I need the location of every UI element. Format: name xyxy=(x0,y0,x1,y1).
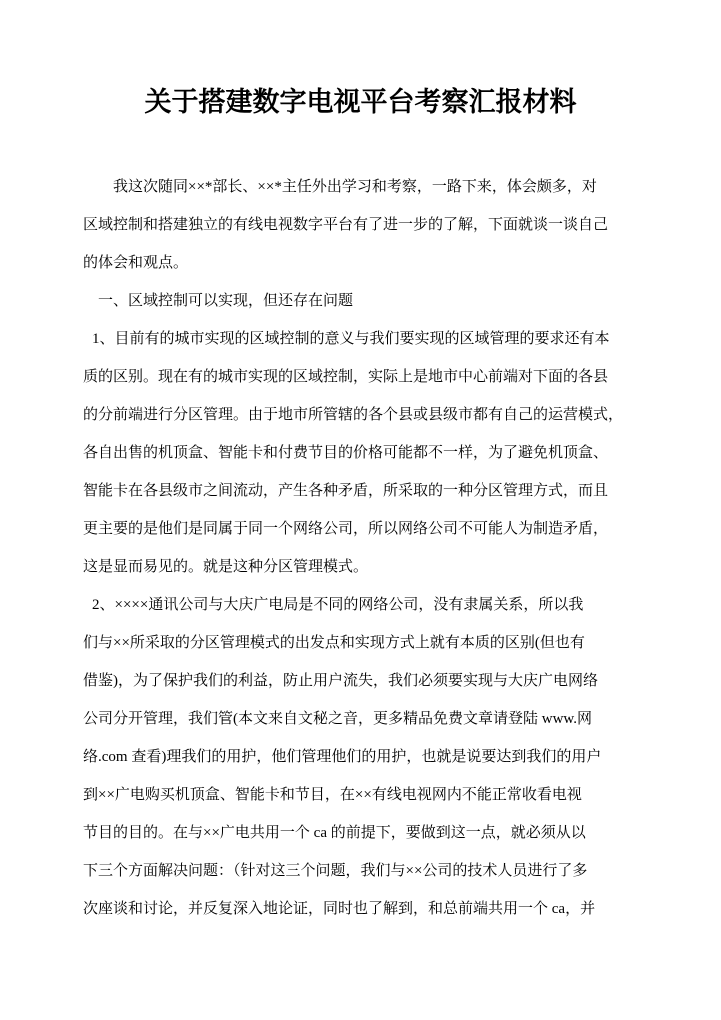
text-line: 我这次随同××*部长、××*主任外出学习和考察，一路下来，体会颇多，对 xyxy=(83,168,623,206)
text-line: 一、区域控制可以实现，但还存在问题 xyxy=(83,282,623,320)
text-line: 的分前端进行分区管理。由于地市所管辖的各个县或县级市都有自己的运营模式， xyxy=(83,396,623,434)
text-line: 1、目前有的城市实现的区域控制的意义与我们要实现的区域管理的要求还有本 xyxy=(83,320,623,358)
paragraph-point-2: 2、××××通讯公司与大庆广电局是不同的网络公司，没有隶属关系，所以我们与××所… xyxy=(83,586,623,928)
document-page: 关于搭建数字电视平台考察汇报材料 我这次随同××*部长、××*主任外出学习和考察… xyxy=(0,0,721,1020)
text-line: 下三个方面解决问题：（针对这三个问题，我们与××公司的技术人员进行了多 xyxy=(83,852,623,890)
text-line: 更主要的是他们是同属于同一个网络公司，所以网络公司不可能人为制造矛盾， xyxy=(83,510,623,548)
paragraph-point-1: 1、目前有的城市实现的区域控制的意义与我们要实现的区域管理的要求还有本质的区别。… xyxy=(83,320,623,586)
text-line: 2、××××通讯公司与大庆广电局是不同的网络公司，没有隶属关系，所以我 xyxy=(83,586,623,624)
text-line: 公司分开管理，我们管(本文来自文秘之音，更多精品免费文章请登陆 www.网 xyxy=(83,700,623,738)
text-line: 的体会和观点。 xyxy=(83,244,623,282)
text-line: 智能卡在各县级市之间流动，产生各种矛盾，所采取的一种分区管理方式，而且 xyxy=(83,472,623,510)
text-line: 这是显而易见的。就是这种分区管理模式。 xyxy=(83,548,623,586)
text-line: 络.com 查看)理我们的用护，他们管理他们的用护，也就是说要达到我们的用户 xyxy=(83,738,623,776)
document-body: 我这次随同××*部长、××*主任外出学习和考察，一路下来，体会颇多，对区域控制和… xyxy=(83,168,623,928)
text-line: 质的区别。现在有的城市实现的区域控制，实际上是地市中心前端对下面的各县 xyxy=(83,358,623,396)
text-line: 借鉴)，为了保护我们的利益，防止用户流失，我们必须要实现与大庆广电网络 xyxy=(83,662,623,700)
document-title: 关于搭建数字电视平台考察汇报材料 xyxy=(0,80,721,124)
text-line: 次座谈和讨论，并反复深入地论证，同时也了解到，和总前端共用一个 ca，并 xyxy=(83,890,623,928)
paragraph-heading-section-1: 一、区域控制可以实现，但还存在问题 xyxy=(83,282,623,320)
text-line: 们与××所采取的分区管理模式的出发点和实现方式上就有本质的区别(但也有 xyxy=(83,624,623,662)
text-line: 区域控制和搭建独立的有线电视数字平台有了进一步的了解，下面就谈一谈自己 xyxy=(83,206,623,244)
text-line: 节目的目的。在与××广电共用一个 ca 的前提下，要做到这一点，就必须从以 xyxy=(83,814,623,852)
paragraph-intro: 我这次随同××*部长、××*主任外出学习和考察，一路下来，体会颇多，对区域控制和… xyxy=(83,168,623,282)
text-line: 到××广电购买机顶盒、智能卡和节目，在××有线电视网内不能正常收看电视 xyxy=(83,776,623,814)
text-line: 各自出售的机顶盒、智能卡和付费节目的价格可能都不一样，为了避免机顶盒、 xyxy=(83,434,623,472)
